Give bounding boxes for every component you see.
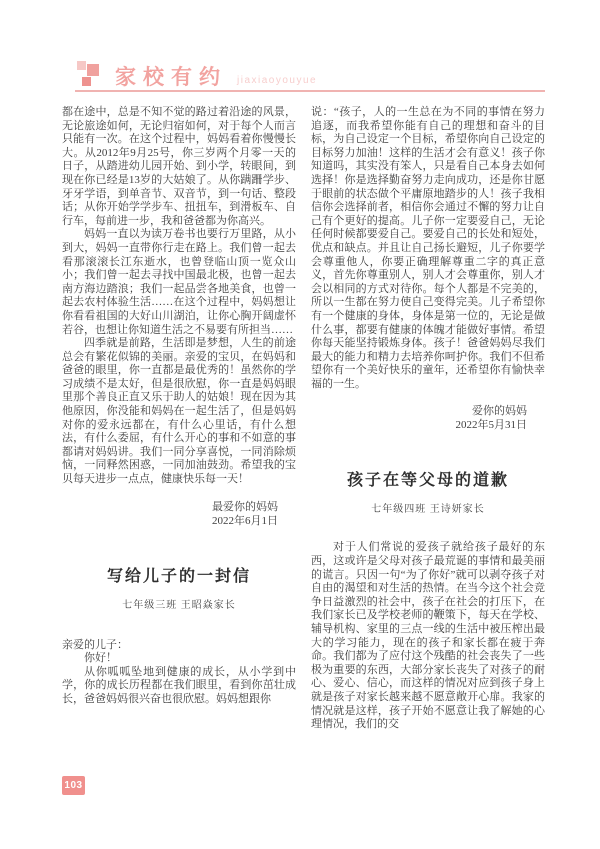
letter-paragraph: 妈妈一直以为读万卷书也要行万里路，从小到大，妈妈一直带你行走在路上。我们曾一起去… xyxy=(62,228,296,337)
squares-logo-icon xyxy=(77,57,103,85)
left-column: 都在途中，总是不知不觉的路过着沿途的风景，无论旅途如何，无论归宿如何，对于每个人… xyxy=(62,106,296,732)
right-column: 说：“孩子，人的一生总在为不同的事情在努力追逐，而我希望你能有自己的理想和奋斗的… xyxy=(311,106,545,732)
section-title: 家校有约 xyxy=(115,67,227,88)
article-byline: 七年级三班 王昭焱家长 xyxy=(62,596,296,611)
logo-square-medium xyxy=(87,64,99,76)
signature-block: 最爱你的妈妈 2022年6月1日 xyxy=(62,500,296,528)
section-title-pinyin: jiaxiaoyouyue xyxy=(237,75,317,88)
signature-date: 2022年6月1日 xyxy=(62,514,278,528)
signature-date: 2022年5月31日 xyxy=(311,418,527,432)
signature-name: 最爱你的妈妈 xyxy=(62,500,278,514)
letter-continuation-paragraph: 都在途中，总是不知不觉的路过着沿途的风景，无论旅途如何，无论归宿如何，对于每个人… xyxy=(62,106,296,228)
article-title-letter-to-son: 写给儿子的一封信 xyxy=(62,566,296,588)
section-header: 家校有约 jiaxiaoyouyue xyxy=(75,55,545,92)
letter-salutation: 亲爱的儿子： xyxy=(62,639,296,653)
signature-name: 爱你的妈妈 xyxy=(311,404,527,418)
letter-paragraph: 从你呱呱坠地到健康的成长，从小学到中学，你的成长历程都在我们眼里，看到你茁壮成长… xyxy=(62,666,296,707)
header-divider xyxy=(75,90,545,92)
letter-continuation-paragraph: 说：“孩子，人的一生总在为不同的事情在努力追逐，而我希望你能有自己的理想和奋斗的… xyxy=(311,106,545,391)
magazine-page: 家校有约 jiaxiaoyouyue 都在途中，总是不知不觉的路过着沿途的风景，… xyxy=(0,0,600,849)
letter-paragraph: 对于人们常说的爱孩子就给孩子最好的东西，这或许是父母对孩子最荒诞的事情和最美丽的… xyxy=(311,541,545,731)
two-column-layout: 都在途中，总是不知不觉的路过着沿途的风景，无论旅途如何，无论归宿如何，对于每个人… xyxy=(62,106,545,732)
article-byline: 七年级四班 王诗妍家长 xyxy=(311,500,545,515)
logo-square-light xyxy=(77,61,86,70)
page-number-badge: 103 xyxy=(62,776,85,795)
letter-greeting: 你好！ xyxy=(62,652,296,666)
letter-paragraph: 四季就是前路，生活即是梦想，人生的前途总会有繁花似锦的美丽。亲爱的宝贝，在妈妈和… xyxy=(62,337,296,487)
logo-square-dark xyxy=(82,77,91,86)
section-brand: 家校有约 jiaxiaoyouyue xyxy=(115,67,317,88)
article-title-apology: 孩子在等父母的道歉 xyxy=(311,470,545,492)
signature-block: 爱你的妈妈 2022年5月31日 xyxy=(311,404,545,432)
